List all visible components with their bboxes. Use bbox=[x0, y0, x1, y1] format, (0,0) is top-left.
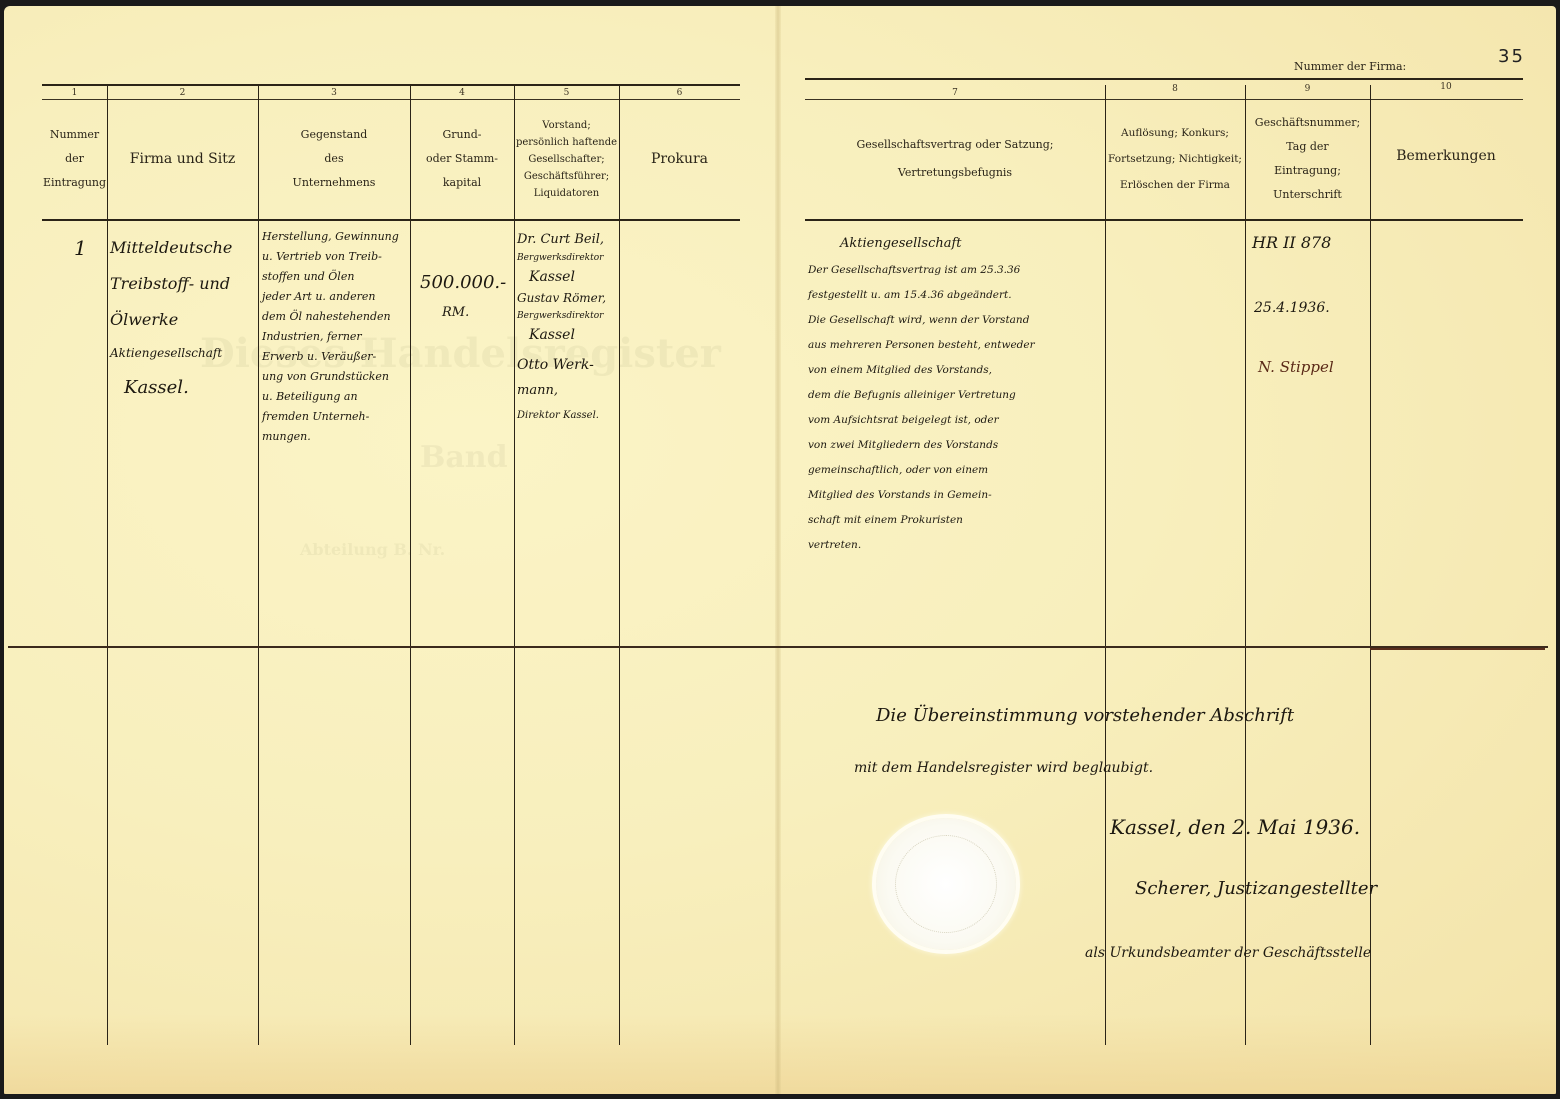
col-divider bbox=[1245, 85, 1246, 1045]
rule-header-bottom bbox=[805, 219, 1523, 221]
header-prokura: Prokura bbox=[619, 100, 740, 218]
header-bemerkungen: Bemerkungen bbox=[1370, 100, 1522, 212]
certification-place-date: Kassel, den 2. Mai 1936. bbox=[1110, 815, 1360, 839]
certification-line: Die Übereinstimmung vorstehender Abschri… bbox=[876, 705, 1294, 726]
page-number: 35 bbox=[1498, 46, 1525, 67]
page-fold bbox=[775, 6, 781, 1094]
entry-date: 25.4.1936. bbox=[1254, 300, 1330, 316]
column-number: 8 bbox=[1105, 84, 1245, 94]
certification-role: als Urkundsbeamter der Geschäftsstelle bbox=[1085, 945, 1371, 961]
col-divider bbox=[258, 85, 259, 1045]
entry-kapital: 500.000.- RM. bbox=[420, 272, 506, 320]
column-number: 5 bbox=[514, 88, 619, 98]
entry-firma: Mitteldeutsche Treibstoff- und Ölwerke A… bbox=[110, 238, 232, 398]
col-divider bbox=[410, 85, 411, 1045]
seal-emblem bbox=[895, 835, 997, 933]
col-divider bbox=[1370, 85, 1371, 1045]
column-number: 2 bbox=[107, 88, 258, 98]
show-through-text: Band bbox=[420, 440, 508, 475]
show-through-text: Abteilung B. Nr. bbox=[300, 540, 445, 559]
header-aufloesung: Auflösung; Konkurs;Fortsetzung; Nichtigk… bbox=[1105, 100, 1245, 218]
column-number: 1 bbox=[42, 88, 107, 98]
header-nummer: NummerderEintragung bbox=[42, 100, 107, 218]
firm-number-label: Nummer der Firma: bbox=[1294, 60, 1406, 73]
header-satzung: Gesellschaftsvertrag oder Satzung;Vertre… bbox=[805, 100, 1105, 218]
column-number: 4 bbox=[410, 88, 514, 98]
entry-gegenstand: Herstellung, Gewinnung u. Vertrieb von T… bbox=[262, 230, 399, 443]
header-vorstand: Vorstand;persönlich haftendeGesellschaft… bbox=[514, 100, 619, 218]
entry-separator bbox=[8, 646, 1548, 648]
rule-top bbox=[805, 78, 1523, 80]
entry-signature: N. Stippel bbox=[1258, 358, 1334, 376]
col-divider bbox=[514, 85, 515, 1045]
certification-line: mit dem Handelsregister wird beglaubigt. bbox=[854, 760, 1153, 776]
column-number: 6 bbox=[619, 88, 740, 98]
entry-geschaeftsnummer: HR II 878 bbox=[1252, 233, 1331, 252]
column-number: 3 bbox=[258, 88, 410, 98]
column-number: 9 bbox=[1245, 84, 1370, 94]
col-divider bbox=[107, 85, 108, 1045]
header-gegenstand: GegenstanddesUnternehmens bbox=[258, 100, 410, 218]
rule-top bbox=[42, 84, 740, 86]
entry-vorstand: Dr. Curt Beil, Bergwerksdirektor Kassel … bbox=[517, 232, 606, 421]
column-number: 7 bbox=[805, 88, 1105, 98]
entry-separator-red bbox=[1370, 648, 1545, 650]
header-kapital: Grund-oder Stamm-kapital bbox=[410, 100, 514, 218]
rule-header-bottom bbox=[42, 219, 740, 221]
col-divider bbox=[1105, 85, 1106, 1045]
entry-satzung: Aktiengesellschaft Der Gesellschaftsvert… bbox=[808, 236, 1035, 551]
col-divider bbox=[619, 85, 620, 1045]
certification-signature: Scherer, Justizangestellter bbox=[1135, 878, 1377, 899]
entry-number: 1 bbox=[74, 236, 87, 260]
embossed-seal-icon bbox=[876, 818, 1016, 950]
header-geschaeftsnummer: Geschäftsnummer;Tag derEintragung;Unters… bbox=[1245, 100, 1370, 218]
column-number: 10 bbox=[1370, 82, 1522, 92]
header-firma: Firma und Sitz bbox=[107, 100, 258, 218]
